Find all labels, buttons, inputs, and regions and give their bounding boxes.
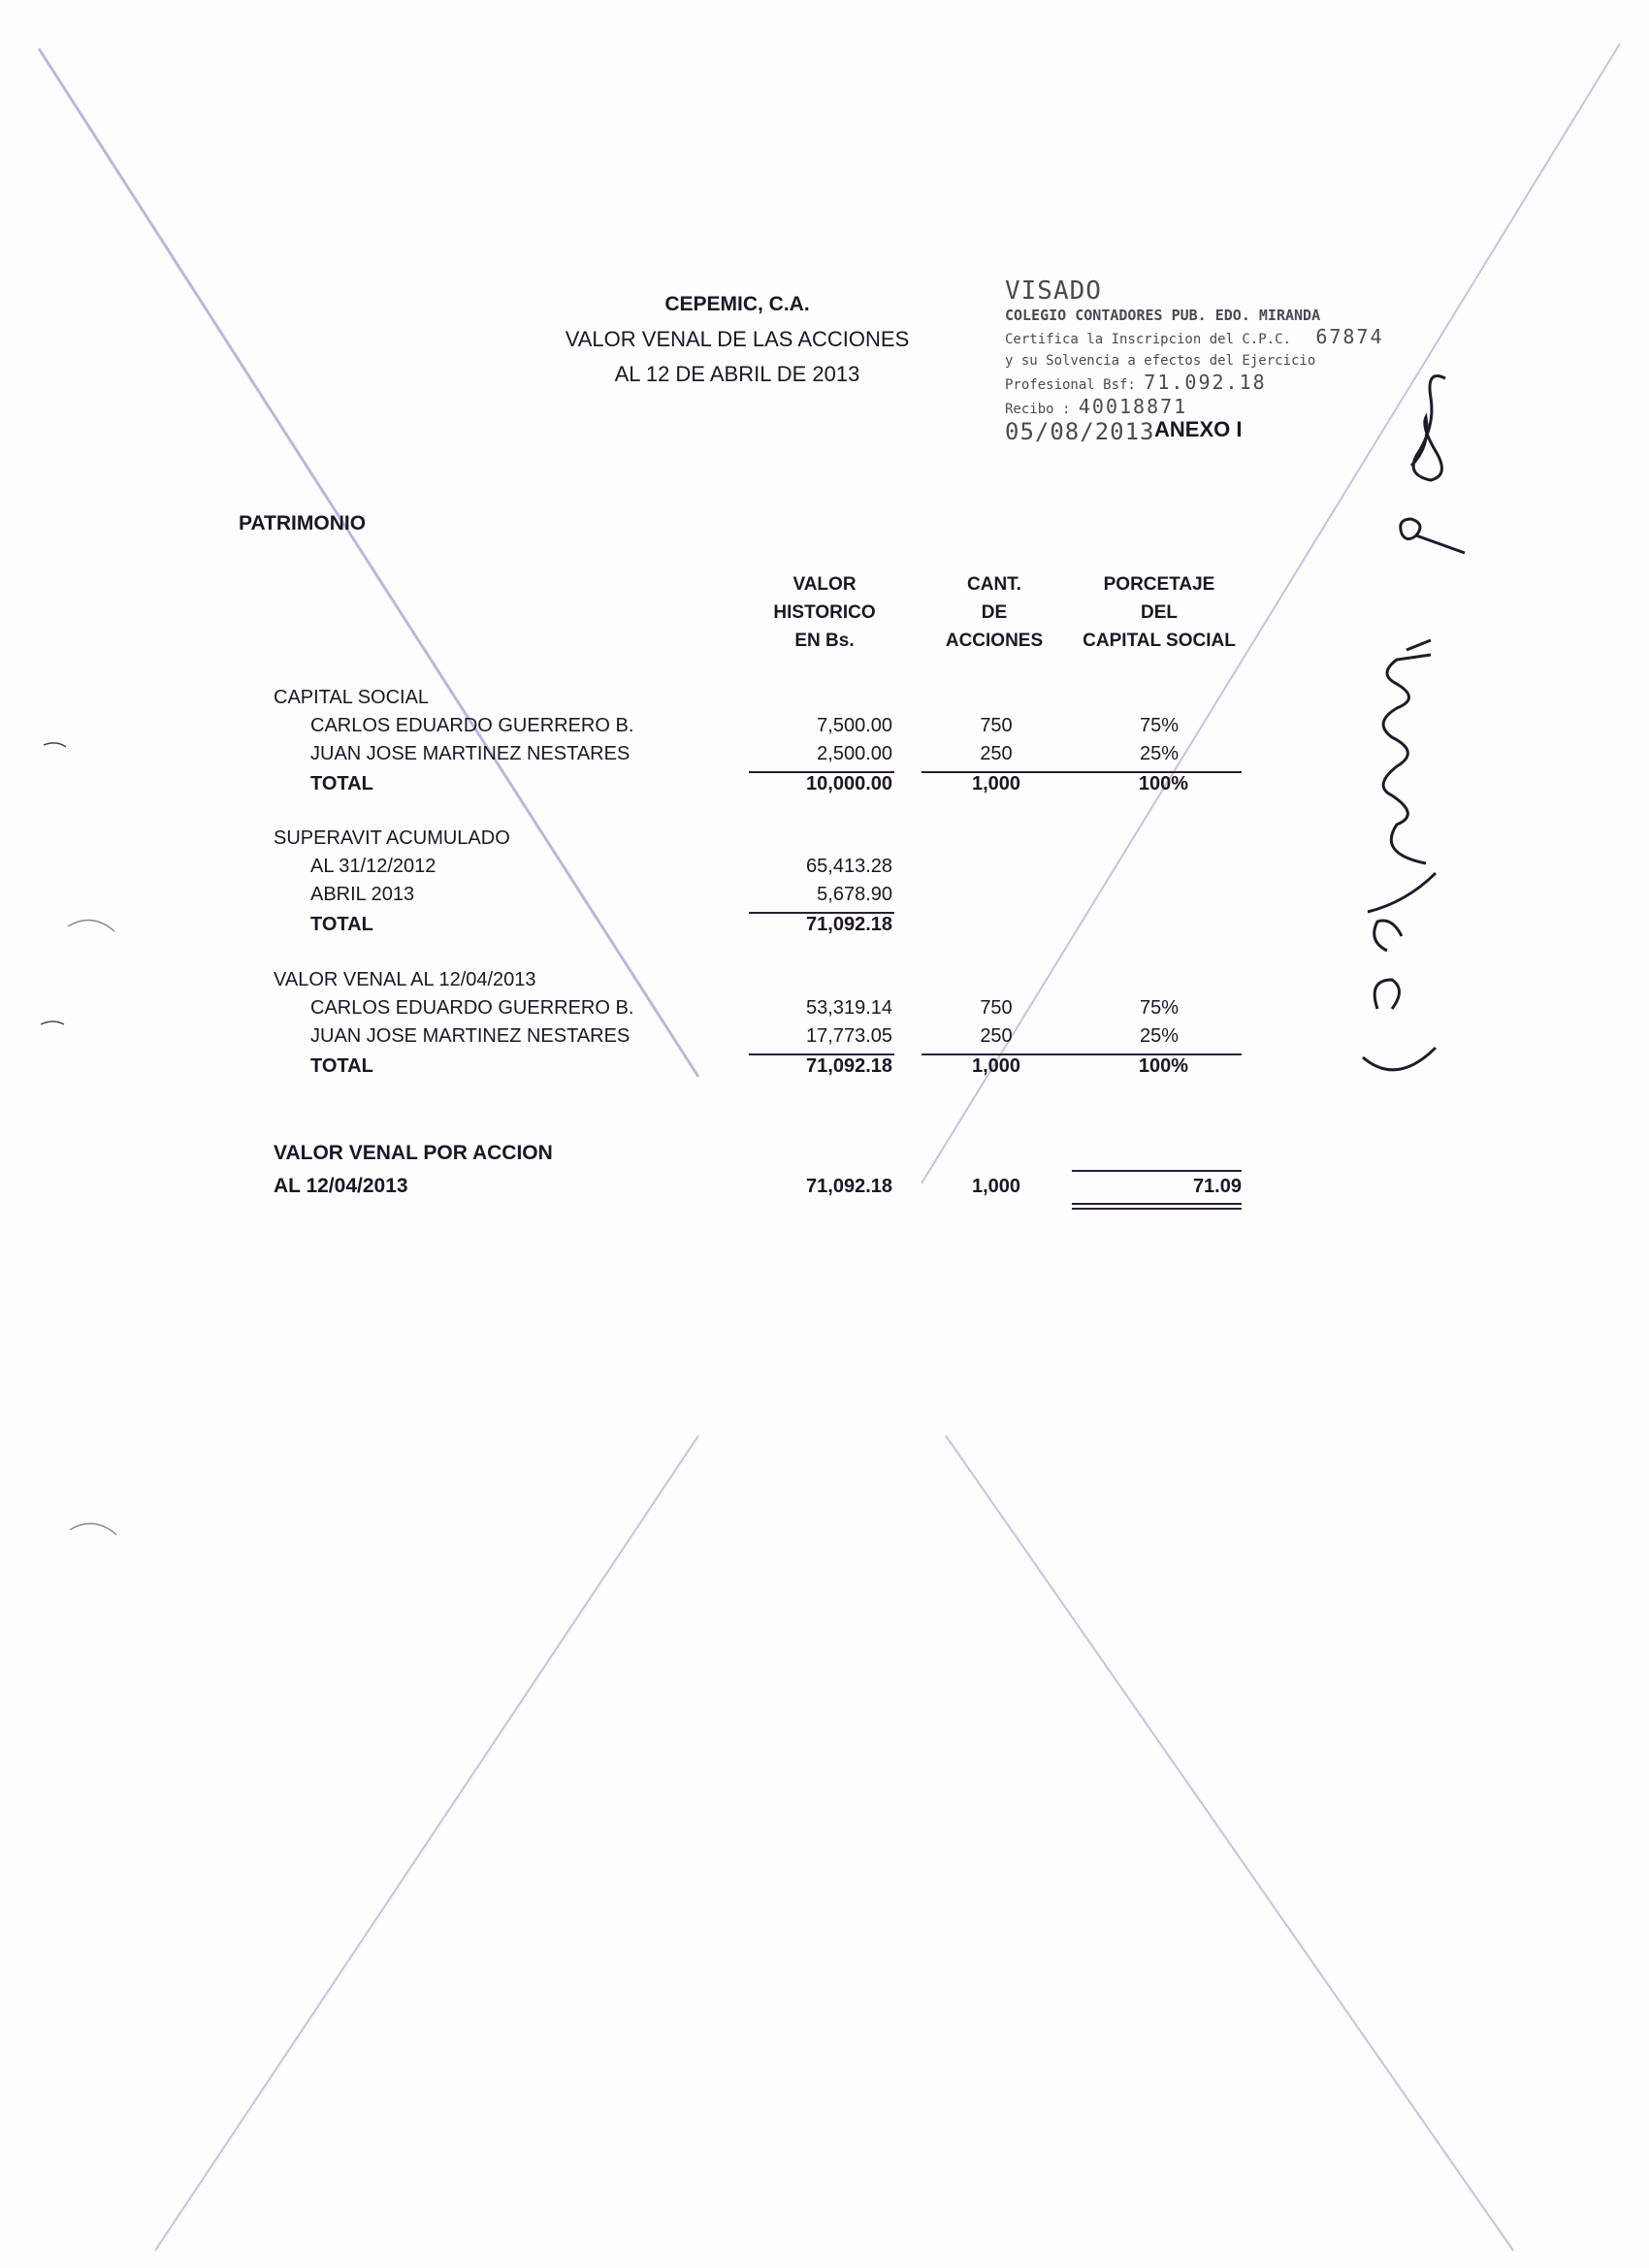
capital-total-label: TOTAL [310, 773, 373, 795]
venal-row-2-name: JUAN JOSE MARTINEZ NESTARES [310, 1025, 630, 1048]
por-accion-double-rule-2 [1072, 1208, 1242, 1210]
capital-row-1-valor: 7,500.00 [737, 715, 892, 737]
stamp-colegio: COLEGIO CONTADORES PUB. EDO. MIRANDA [1005, 305, 1451, 326]
column-header-pct: PORCETAJE DEL CAPITAL SOCIAL [1072, 570, 1246, 655]
capital-row-2-name: JUAN JOSE MARTINEZ NESTARES [310, 743, 630, 765]
col-pct-line1: PORCETAJE [1072, 570, 1246, 599]
stamp-visado: VISADO [1005, 277, 1451, 305]
col-pct-line2: DEL [1072, 599, 1246, 627]
col-valor-line1: VALOR [747, 570, 902, 599]
venal-total-valor: 71,092.18 [737, 1055, 892, 1078]
superavit-row-2-name: ABRIL 2013 [310, 884, 414, 906]
section-patrimonio: PATRIMONIO [239, 512, 366, 535]
venal-total-label: TOTAL [310, 1055, 373, 1078]
capital-total-pct: 100% [1135, 773, 1188, 795]
venal-row-2-cant: 250 [943, 1025, 1050, 1048]
column-header-valor: VALOR HISTORICO EN Bs. [747, 570, 902, 655]
col-cant-line2: DE [931, 599, 1057, 627]
col-cant-line3: ACCIONES [931, 627, 1057, 655]
stamp-amount: 71.092.18 [1144, 371, 1266, 394]
venal-row-1-cant: 750 [943, 997, 1050, 1020]
col-pct-line3: CAPITAL SOCIAL [1072, 627, 1246, 655]
superavit-total-label: TOTAL [310, 914, 373, 936]
capital-row-2-valor: 2,500.00 [737, 743, 892, 765]
col-valor-line3: EN Bs. [747, 627, 902, 655]
stamp-certifica: Certifica la Inscripcion del C.P.C. 6787… [1005, 326, 1451, 350]
superavit-row-1-name: AL 31/12/2012 [310, 856, 436, 878]
col-valor-line2: HISTORICO [747, 599, 902, 627]
por-accion-result: 71.09 [1145, 1176, 1242, 1198]
por-accion-top-rule [1072, 1170, 1242, 1172]
superavit-row-1-valor: 65,413.28 [737, 856, 892, 878]
annex-label: ANEXO I [1154, 417, 1242, 442]
venal-row-1-pct: 75% [1120, 997, 1179, 1020]
stamp-recibo-number: 40018871 [1079, 395, 1187, 418]
venal-total-cant: 1,000 [943, 1055, 1050, 1078]
document-date: AL 12 DE ABRIL DE 2013 [543, 357, 931, 392]
por-accion-title-1: VALOR VENAL POR ACCION [274, 1142, 553, 1165]
capital-total-valor: 10,000.00 [737, 773, 892, 795]
stamp-certifica-text: Certifica la Inscripcion del C.P.C. [1005, 332, 1291, 347]
venal-row-1-name: CARLOS EDUARDO GUERRERO B. [310, 997, 633, 1020]
handwritten-amount-note [1339, 631, 1455, 1086]
valor-venal-title: VALOR VENAL AL 12/04/2013 [274, 969, 536, 991]
column-header-cant: CANT. DE ACCIONES [931, 570, 1057, 655]
capital-row-1-cant: 750 [943, 715, 1050, 737]
signature-icon [1377, 359, 1494, 582]
capital-row-2-pct: 25% [1120, 743, 1179, 765]
venal-row-2-valor: 17,773.05 [737, 1025, 892, 1048]
capital-social-title: CAPITAL SOCIAL [274, 687, 429, 709]
capital-row-1-name: CARLOS EDUARDO GUERRERO B. [310, 715, 633, 737]
por-accion-cant: 1,000 [943, 1176, 1050, 1198]
venal-row-1-valor: 53,319.14 [737, 997, 892, 1020]
por-accion-valor: 71,092.18 [737, 1176, 892, 1198]
superavit-row-2-valor: 5,678.90 [737, 884, 892, 906]
capital-row-2-cant: 250 [943, 743, 1050, 765]
superavit-total-valor: 71,092.18 [737, 914, 892, 936]
por-accion-double-rule-1 [1072, 1203, 1242, 1205]
por-accion-title-2: AL 12/04/2013 [274, 1175, 408, 1198]
col-cant-line1: CANT. [931, 570, 1057, 599]
superavit-title: SUPERAVIT ACUMULADO [274, 827, 510, 850]
document-header: CEPEMIC, C.A. VALOR VENAL DE LAS ACCIONE… [543, 287, 931, 392]
stamp-cpc-number: 67874 [1315, 325, 1383, 348]
venal-total-pct: 100% [1135, 1055, 1188, 1078]
document-title: VALOR VENAL DE LAS ACCIONES [543, 322, 931, 357]
company-name: CEPEMIC, C.A. [543, 287, 931, 322]
capital-row-1-pct: 75% [1120, 715, 1179, 737]
stamp-recibo-text: Recibo : [1005, 402, 1070, 417]
stamp-profesional-text: Profesional Bsf: [1005, 377, 1136, 393]
capital-total-cant: 1,000 [943, 773, 1050, 795]
venal-row-2-pct: 25% [1120, 1025, 1179, 1048]
